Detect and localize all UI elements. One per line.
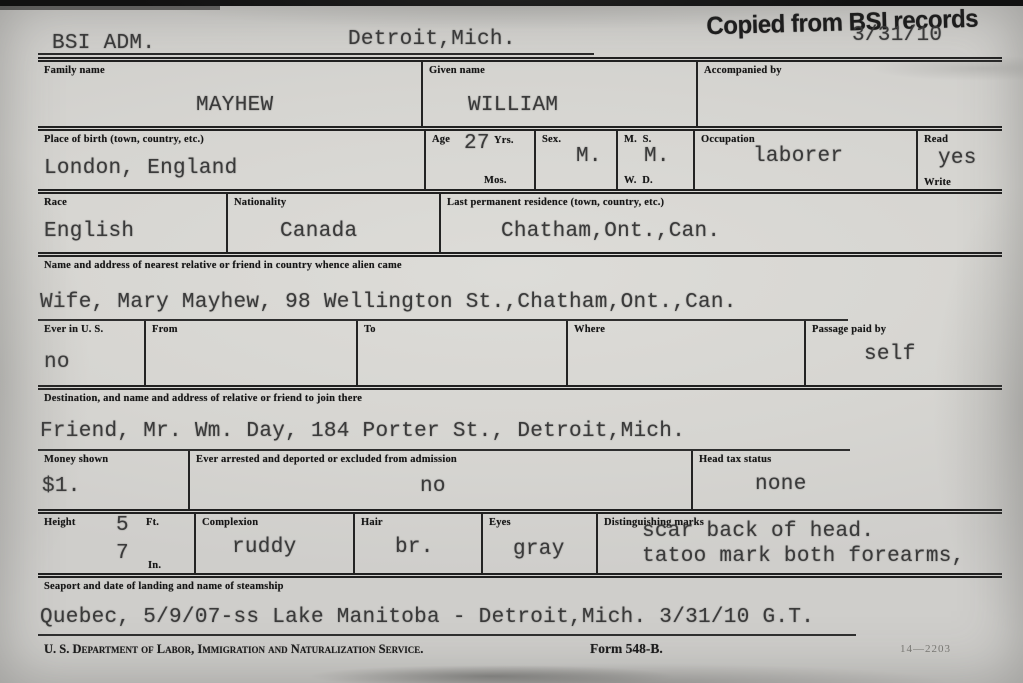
read-write-value: yes: [938, 147, 977, 170]
row-travel: Ever in U. S. no From To Where Passage p…: [38, 321, 1002, 385]
agency-imprint: U. S. Department of Labor, Immigration a…: [44, 642, 423, 657]
age-yrs-label: Yrs.: [494, 135, 514, 146]
eyes-label: Eyes: [489, 517, 511, 528]
field-place-of-birth: Place of birth (town, country, etc.) Lon…: [38, 131, 426, 189]
entry-line: [38, 634, 856, 636]
age-mos-label: Mos.: [484, 175, 507, 186]
field-to: To: [358, 321, 568, 385]
place-of-birth-value: London, England: [44, 157, 238, 180]
distinguishing-marks-line2: tatoo mark both forearms,: [642, 545, 965, 568]
row-money: Money shown $1. Ever arrested and deport…: [38, 451, 1002, 509]
write-label: Write: [924, 177, 951, 188]
field-nationality: Nationality Canada: [228, 194, 441, 252]
occupation-label: Occupation: [701, 134, 755, 145]
head-tax-status-value: none: [755, 473, 807, 496]
height-label: Height: [44, 517, 76, 528]
hair-label: Hair: [361, 517, 383, 528]
field-last-residence: Last permanent residence (town, country,…: [441, 194, 1002, 252]
marital-status-bottom-label: W. D.: [624, 175, 653, 186]
occupation-value: laborer: [753, 145, 843, 168]
field-destination: Destination, and name and address of rel…: [38, 390, 1002, 451]
admission-code: BSI ADM.: [52, 32, 155, 55]
form-header: BSI ADM. Detroit,Mich.: [38, 2, 1002, 57]
field-race: Race English: [38, 194, 228, 252]
last-residence-value: Chatham,Ont.,Can.: [501, 220, 720, 243]
form-number: Form 548-B.: [590, 641, 663, 657]
place-of-birth-label: Place of birth (town, country, etc.): [44, 134, 204, 145]
ever-arrested-value: no: [420, 475, 446, 498]
head-tax-status-label: Head tax status: [699, 454, 771, 465]
nationality-label: Nationality: [234, 197, 286, 208]
marital-status-value: M.: [644, 145, 670, 168]
field-ever-in-us: Ever in U. S. no: [38, 321, 146, 385]
ever-in-us-label: Ever in U. S.: [44, 324, 103, 335]
to-label: To: [364, 324, 376, 335]
field-eyes: Eyes gray: [483, 514, 598, 573]
destination-value: Friend, Mr. Wm. Day, 184 Porter St., Det…: [40, 420, 685, 443]
given-name-label: Given name: [429, 65, 485, 76]
accompanied-by-label: Accompanied by: [704, 65, 782, 76]
row-race: Race English Nationality Canada Last per…: [38, 194, 1002, 252]
distinguishing-marks-line1: scar back of head.: [642, 520, 874, 543]
field-given-name: Given name WILLIAM: [423, 62, 698, 126]
row-birth-age: Place of birth (town, country, etc.) Lon…: [38, 131, 1002, 189]
family-name-value: MAYHEW: [196, 94, 273, 117]
family-name-label: Family name: [44, 65, 105, 76]
height-in-label: In.: [148, 560, 161, 571]
field-seaport: Seaport and date of landing and name of …: [38, 578, 1002, 636]
print-code: 14—2203: [900, 643, 951, 655]
nearest-relative-value: Wife, Mary Mayhew, 98 Wellington St.,Cha…: [40, 291, 737, 314]
field-head-tax-status: Head tax status none: [693, 451, 1002, 509]
from-label: From: [152, 324, 178, 335]
money-shown-label: Money shown: [44, 454, 108, 465]
field-occupation: Occupation laborer: [695, 131, 918, 189]
age-label: Age: [432, 134, 450, 145]
row-description: Height 5 Ft. 7 In. Complexion ruddy Hair…: [38, 514, 1002, 573]
last-residence-label: Last permanent residence (town, country,…: [447, 197, 664, 208]
hair-value: br.: [395, 536, 434, 559]
race-value: English: [44, 220, 134, 243]
field-sex: Sex. M.: [536, 131, 618, 189]
record-form: BSI ADM. Detroit,Mich. Family name MAYHE…: [38, 2, 1002, 666]
field-age: Age 27 Yrs. Mos.: [426, 131, 536, 189]
field-money-shown: Money shown $1.: [38, 451, 190, 509]
passage-paid-by-value: self: [864, 343, 916, 366]
ever-in-us-value: no: [44, 351, 70, 374]
money-shown-value: $1.: [42, 475, 81, 498]
sex-value: M.: [576, 145, 602, 168]
destination-label: Destination, and name and address of rel…: [44, 393, 362, 404]
field-family-name: Family name MAYHEW: [38, 62, 423, 126]
read-label: Read: [924, 134, 948, 145]
field-accompanied-by: Accompanied by: [698, 62, 1002, 126]
nationality-value: Canada: [280, 220, 357, 243]
marital-status-top-label: M. S.: [624, 134, 651, 145]
field-height: Height 5 Ft. 7 In.: [38, 514, 196, 573]
race-label: Race: [44, 197, 67, 208]
height-ft-value: 5: [116, 514, 129, 537]
header-entry-line: [38, 53, 594, 55]
field-where: Where: [568, 321, 806, 385]
row-names: Family name MAYHEW Given name WILLIAM Ac…: [38, 62, 1002, 126]
where-label: Where: [574, 324, 605, 335]
complexion-label: Complexion: [202, 517, 258, 528]
height-ft-label: Ft.: [146, 517, 159, 528]
passage-paid-by-label: Passage paid by: [812, 324, 886, 335]
field-passage-paid-by: Passage paid by self: [806, 321, 1002, 385]
field-marital-status: M. S. M. W. D.: [618, 131, 695, 189]
eyes-value: gray: [513, 538, 565, 561]
nearest-relative-label: Name and address of nearest relative or …: [44, 260, 402, 271]
given-name-value: WILLIAM: [468, 94, 558, 117]
form-footer: U. S. Department of Labor, Immigration a…: [38, 640, 1002, 666]
field-nearest-relative: Name and address of nearest relative or …: [38, 257, 1002, 321]
station-name: Detroit,Mich.: [348, 28, 516, 51]
field-complexion: Complexion ruddy: [196, 514, 355, 573]
height-in-value: 7: [116, 542, 129, 565]
field-from: From: [146, 321, 358, 385]
field-read-write: Read yes Write: [918, 131, 1002, 189]
field-distinguishing-marks: Distinguishing marks scar back of head. …: [598, 514, 1000, 573]
field-hair: Hair br.: [355, 514, 483, 573]
scanned-record-card: Copied from BSI records 3/31/10 BSI ADM.…: [0, 0, 1023, 683]
seaport-value: Quebec, 5/9/07-ss Lake Manitoba - Detroi…: [40, 606, 814, 629]
age-value: 27: [464, 132, 490, 155]
ever-arrested-label: Ever arrested and deported or excluded f…: [196, 454, 457, 465]
complexion-value: ruddy: [232, 536, 297, 559]
sex-label: Sex.: [542, 134, 561, 145]
seaport-label: Seaport and date of landing and name of …: [44, 581, 284, 592]
field-ever-arrested: Ever arrested and deported or excluded f…: [190, 451, 693, 509]
